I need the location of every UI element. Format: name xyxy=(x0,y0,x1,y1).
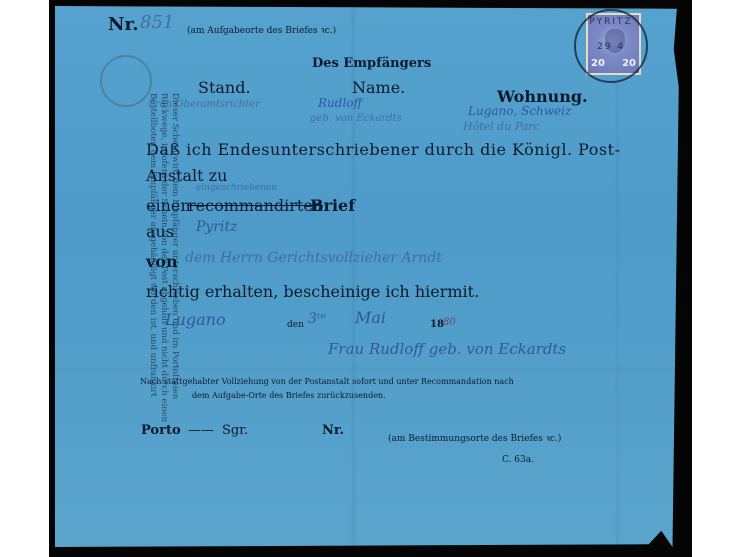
wohnung-value-2: Hôtel du Parc xyxy=(463,120,540,133)
side-note-line: Bestellboten dem Empfänger ausgehändigt … xyxy=(147,93,158,393)
struck-word: recommandirten xyxy=(188,196,323,215)
signature-day: 3ᵗᵉ xyxy=(308,311,326,327)
name-value: Rudloff xyxy=(318,96,362,110)
recipient-title: Des Empfängers xyxy=(312,56,431,71)
footer-nr-note: (am Bestimmungsorte des Briefes ꝛc.) xyxy=(388,431,561,444)
inserted-word: eingeschriebenen xyxy=(196,183,277,193)
nr-note: (am Aufgabeorte des Briefes ꝛc.) xyxy=(187,23,336,36)
side-note-line: Rückwege, insofern der Schein von der Po… xyxy=(158,93,169,393)
signature-month: Mai xyxy=(355,308,386,327)
sgr-label: Sgr. xyxy=(222,423,248,438)
body-line-3-suffix: Brief xyxy=(310,196,355,215)
from-place-value: Pyritz xyxy=(196,219,238,235)
cancel-date: 29 4 xyxy=(576,42,646,52)
instruction-line-1: Nach stattgehabter Vollziehung von der P… xyxy=(140,377,514,386)
year-written: 80 xyxy=(443,317,456,328)
body-line-1: Daß ich Endesunterschriebener durch die … xyxy=(146,140,620,159)
den-label: den xyxy=(287,320,304,330)
body-line-3-prefix: einen xyxy=(146,196,191,215)
name-value-2: geb. von Eckardts xyxy=(310,113,402,124)
sender-value: dem Herrn Gerichtsvollzieher Arndt xyxy=(185,250,442,266)
column-stand-label: Stand. xyxy=(198,78,251,97)
sender-label: von xyxy=(146,252,178,271)
porto-dash: —— xyxy=(188,423,214,438)
footer-nr-label: Nr. xyxy=(322,423,344,438)
nr-label: Nr. xyxy=(108,14,139,35)
instruction-line-2: dem Aufgabe-Orte des Briefes zurückzusen… xyxy=(192,391,386,400)
side-note: Dieser Schein wird dem Empfänger untersc… xyxy=(140,93,180,393)
porto-label: Porto xyxy=(141,423,181,438)
year-printed: 18 xyxy=(430,319,444,330)
form-code: C. 63a. xyxy=(502,455,534,465)
wohnung-value: Lugano, Schweiz xyxy=(468,104,571,118)
signature-place: Lugano xyxy=(165,310,226,329)
body-line-6: richtig erhalten, bescheinige ich hiermi… xyxy=(146,282,479,301)
nr-value: 851 xyxy=(140,12,174,33)
column-name-label: Name. xyxy=(352,78,405,97)
cancel-town: PYRITZ xyxy=(576,17,646,27)
side-note-line: Dieser Schein wird dem Empfänger untersc… xyxy=(169,93,180,393)
postmark-cancel: PYRITZ 29 4 xyxy=(574,9,648,83)
from-place-label: aus xyxy=(146,222,174,241)
signer-signature: Frau Rudloff geb. von Eckardts xyxy=(328,340,566,358)
